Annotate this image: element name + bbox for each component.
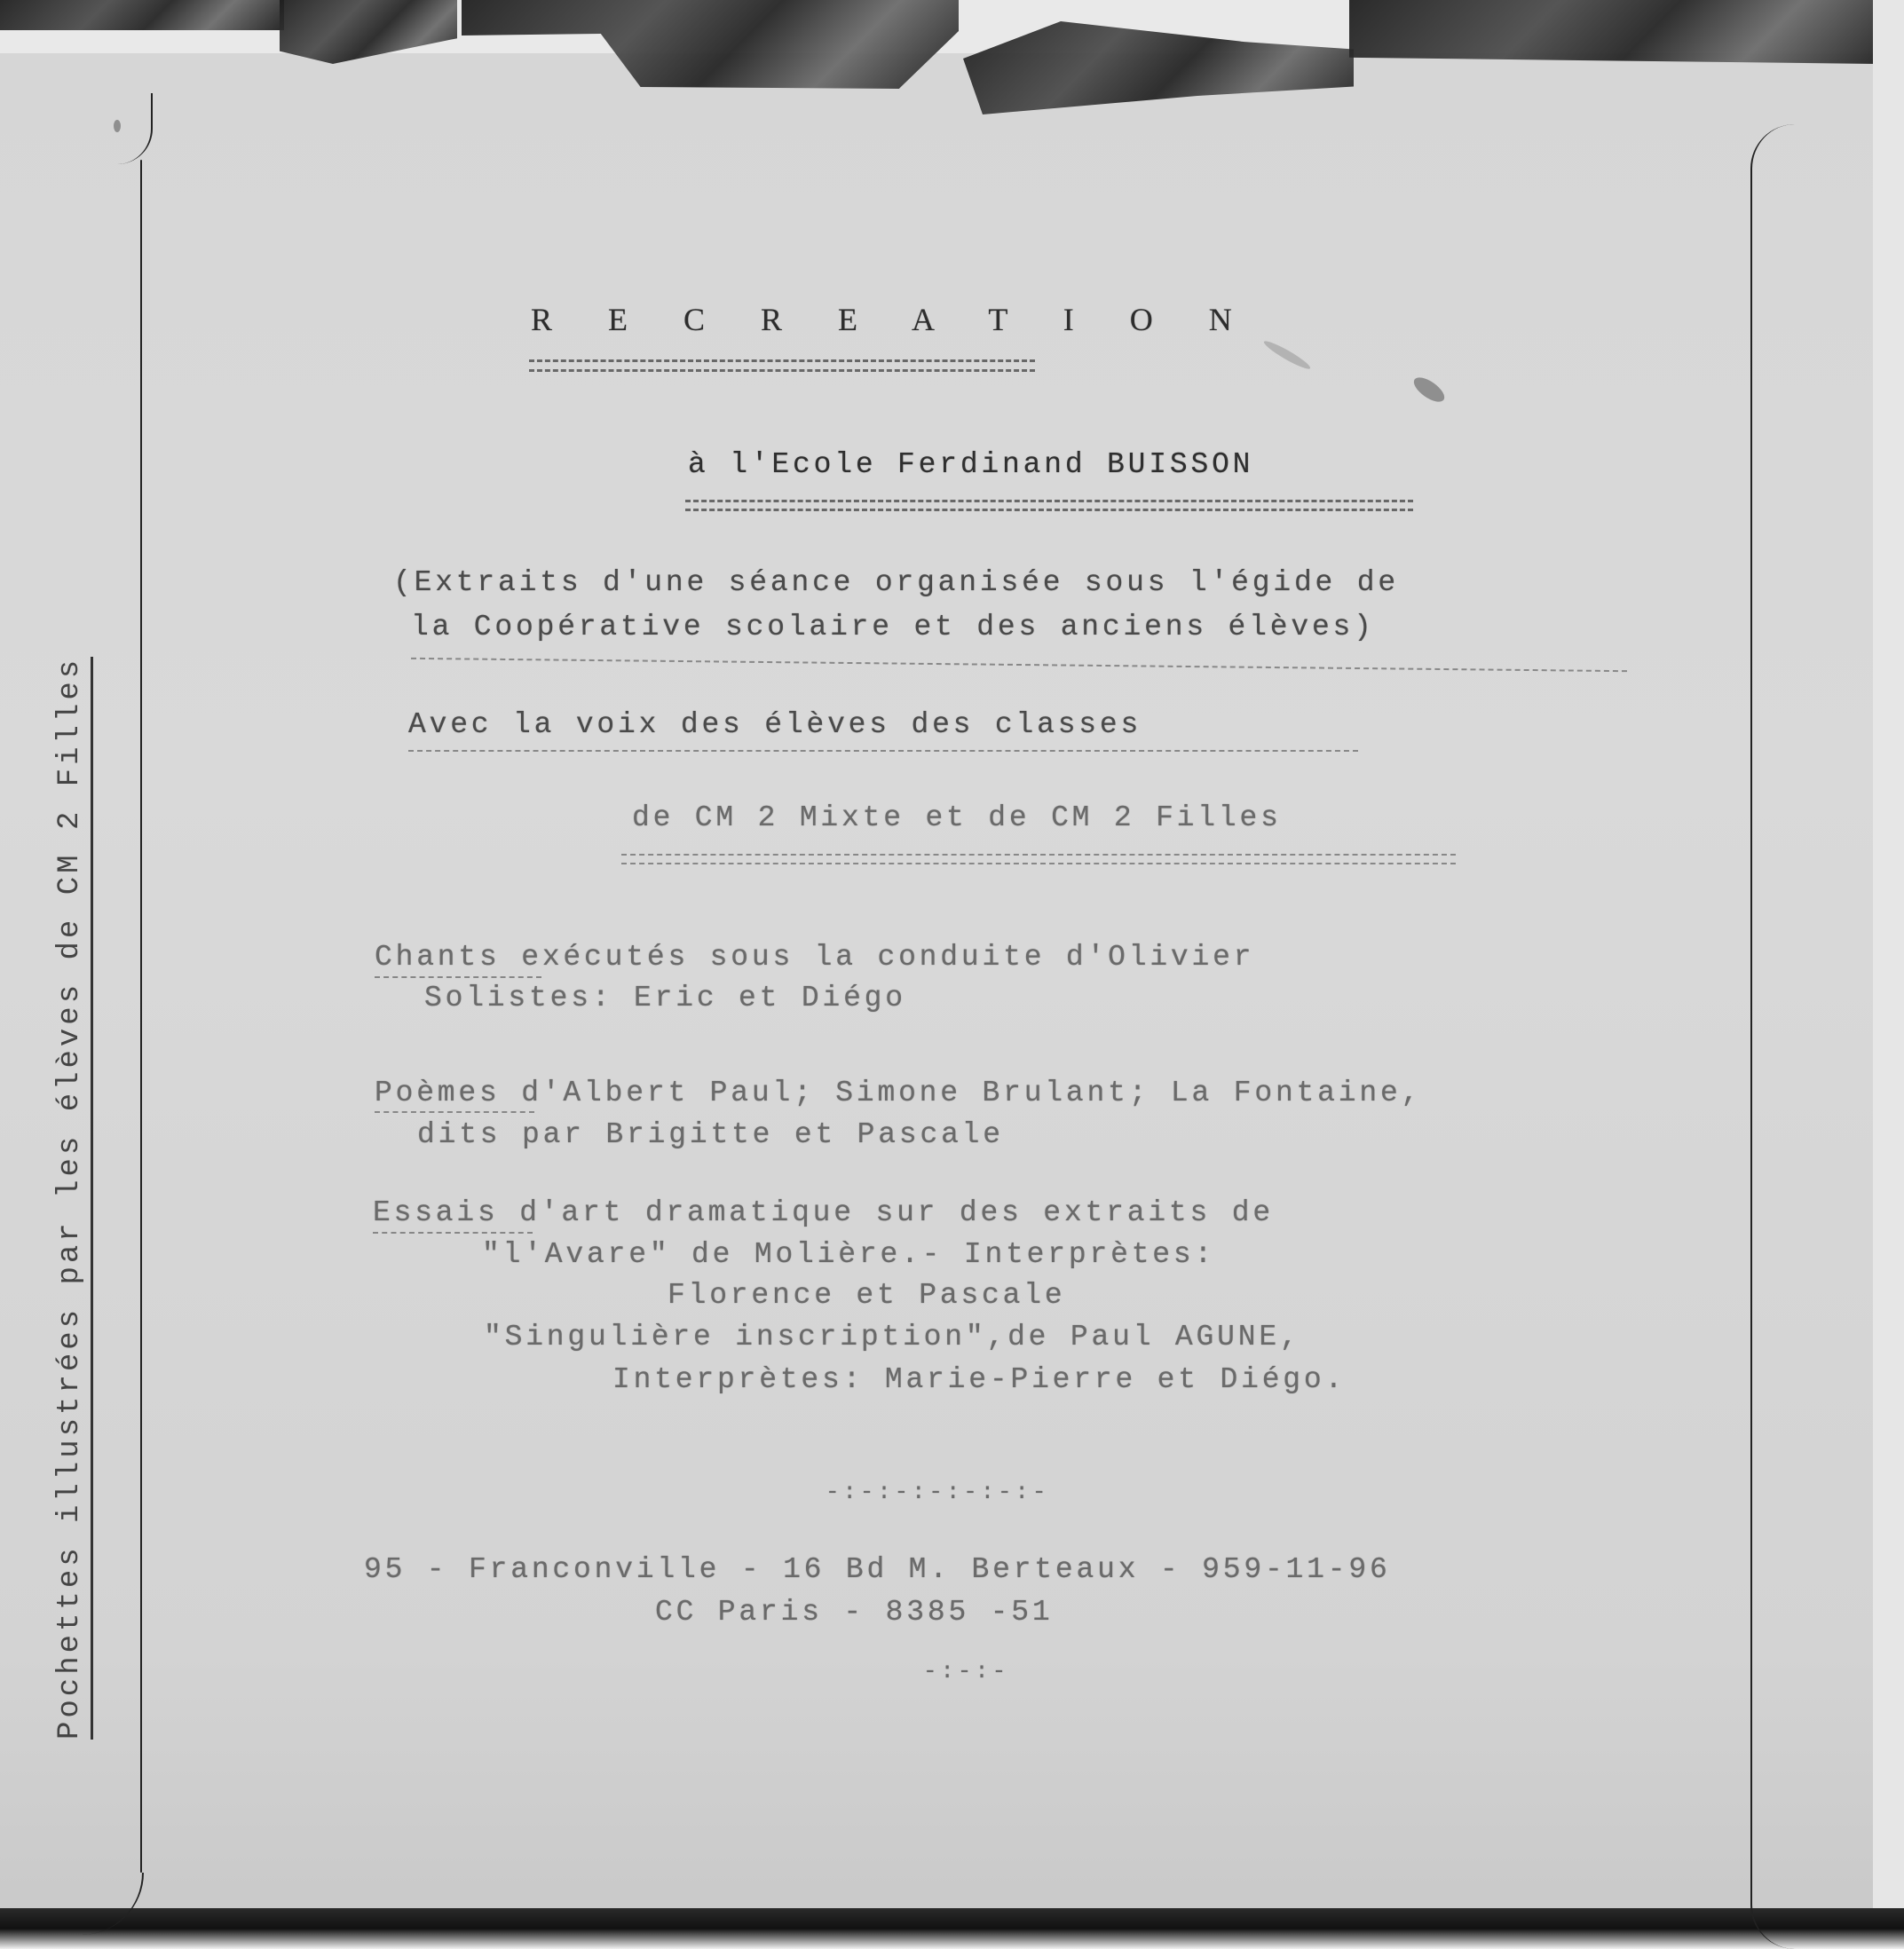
document-title: R E C R E A T I O N xyxy=(531,304,1256,335)
scanner-edge xyxy=(1873,0,1904,1949)
section-poemes-line: dits par Brigitte et Pascale xyxy=(417,1120,1004,1149)
adhesive-tape xyxy=(1349,0,1891,64)
record-sleeve xyxy=(0,0,1904,1949)
classes-line: de CM 2 Mixte et de CM 2 Filles xyxy=(632,803,1282,832)
intro-line: la Coopérative scolaire et des anciens é… xyxy=(411,612,1375,642)
section-heading-underline xyxy=(375,1111,534,1113)
title-underline xyxy=(529,359,1035,362)
subtitle-underline xyxy=(685,509,1413,511)
subtitle-underline xyxy=(685,500,1413,502)
ink-stain xyxy=(114,120,121,132)
left-flap-fold xyxy=(140,160,142,1873)
section-essais-line: Florence et Pascale xyxy=(668,1281,1065,1310)
adhesive-tape xyxy=(0,0,284,30)
school-name: à l'Ecole Ferdinand BUISSON xyxy=(688,450,1253,479)
section-poemes-line: Poèmes d'Albert Paul; Simone Brulant; La… xyxy=(375,1078,1422,1108)
section-chants-line: Solistes: Eric et Diégo xyxy=(424,983,906,1013)
intro-line: (Extraits d'une séance organisée sous l'… xyxy=(393,568,1399,597)
separator: -:-:- xyxy=(923,1660,1009,1683)
postal-account-line: CC Paris - 8385 -51 xyxy=(655,1598,1053,1627)
bottom-edge-shadow xyxy=(0,1908,1904,1949)
section-essais-line: Essais d'art dramatique sur des extraits… xyxy=(373,1198,1274,1227)
title-underline xyxy=(529,369,1035,372)
section-heading-underline xyxy=(375,976,541,978)
section-essais-line: "l'Avare" de Molière.- Interprètes: xyxy=(482,1240,1215,1269)
section-essais-line: "Singulière inscription",de Paul AGUNE, xyxy=(484,1322,1301,1352)
side-credit-left: Pochettes illustrées par les élèves de C… xyxy=(53,657,93,1740)
separator: -:-:-:-:-:-:- xyxy=(826,1480,1049,1503)
section-essais-line: Interprètes: Marie-Pierre et Diégo. xyxy=(612,1365,1346,1394)
voices-underline xyxy=(408,750,1358,752)
section-heading-underline xyxy=(373,1232,533,1234)
classes-underline xyxy=(621,863,1456,864)
address-line: 95 - Franconville - 16 Bd M. Berteaux - … xyxy=(364,1555,1391,1584)
section-chants-line: Chants exécutés sous la conduite d'Olivi… xyxy=(375,943,1254,972)
voices-line: Avec la voix des élèves des classes xyxy=(408,710,1142,739)
classes-underline xyxy=(621,854,1456,856)
right-flap-fold xyxy=(1750,195,1752,1882)
